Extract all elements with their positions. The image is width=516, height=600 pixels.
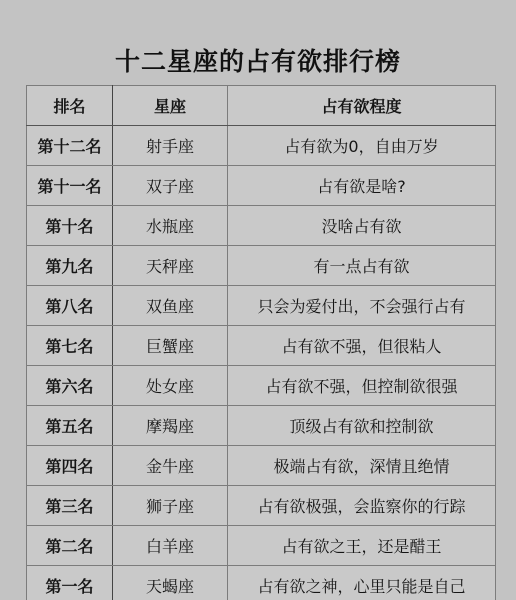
table-row: 第九名 天秤座 有一点占有欲: [27, 246, 496, 286]
cell-sign: 白羊座: [113, 526, 228, 566]
cell-rank: 第十一名: [27, 166, 113, 206]
cell-level: 占有欲之神，心里只能是自己: [228, 566, 496, 600]
table-row: 第五名 摩羯座 顶级占有欲和控制欲: [27, 406, 496, 446]
cell-rank: 第一名: [27, 566, 113, 600]
cell-rank: 第六名: [27, 366, 113, 406]
header-level: 占有欲程度: [228, 86, 496, 126]
cell-sign: 双鱼座: [113, 286, 228, 326]
cell-sign: 天蝎座: [113, 566, 228, 600]
cell-rank: 第十名: [27, 206, 113, 246]
cell-level: 占有欲为0，自由万岁: [228, 126, 496, 166]
header-sign: 星座: [113, 86, 228, 126]
cell-level: 没啥占有欲: [228, 206, 496, 246]
cell-level: 占有欲不强，但控制欲很强: [228, 366, 496, 406]
cell-sign: 双子座: [113, 166, 228, 206]
header-rank: 排名: [27, 86, 113, 126]
cell-level: 极端占有欲，深情且绝情: [228, 446, 496, 486]
cell-sign: 金牛座: [113, 446, 228, 486]
cell-rank: 第五名: [27, 406, 113, 446]
table-row: 第二名 白羊座 占有欲之王，还是醋王: [27, 526, 496, 566]
cell-level: 占有欲是啥?: [228, 166, 496, 206]
cell-rank: 第二名: [27, 526, 113, 566]
cell-level: 顶级占有欲和控制欲: [228, 406, 496, 446]
cell-sign: 处女座: [113, 366, 228, 406]
page-title: 十二星座的占有欲排行榜: [0, 42, 516, 78]
table-header-row: 排名 星座 占有欲程度: [27, 86, 496, 126]
table-row: 第十二名 射手座 占有欲为0，自由万岁: [27, 126, 496, 166]
table-row: 第六名 处女座 占有欲不强，但控制欲很强: [27, 366, 496, 406]
cell-sign: 狮子座: [113, 486, 228, 526]
cell-sign: 射手座: [113, 126, 228, 166]
cell-rank: 第八名: [27, 286, 113, 326]
cell-sign: 天秤座: [113, 246, 228, 286]
cell-level: 占有欲不强，但很粘人: [228, 326, 496, 366]
table-row: 第十一名 双子座 占有欲是啥?: [27, 166, 496, 206]
table-row: 第八名 双鱼座 只会为爱付出，不会强行占有: [27, 286, 496, 326]
table-row: 第七名 巨蟹座 占有欲不强，但很粘人: [27, 326, 496, 366]
cell-level: 占有欲极强，会监察你的行踪: [228, 486, 496, 526]
cell-level: 只会为爱付出，不会强行占有: [228, 286, 496, 326]
cell-sign: 水瓶座: [113, 206, 228, 246]
cell-level: 占有欲之王，还是醋王: [228, 526, 496, 566]
cell-level: 有一点占有欲: [228, 246, 496, 286]
cell-rank: 第十二名: [27, 126, 113, 166]
cell-rank: 第四名: [27, 446, 113, 486]
table-row: 第十名 水瓶座 没啥占有欲: [27, 206, 496, 246]
table-row: 第三名 狮子座 占有欲极强，会监察你的行踪: [27, 486, 496, 526]
cell-rank: 第七名: [27, 326, 113, 366]
table-row: 第一名 天蝎座 占有欲之神，心里只能是自己: [27, 566, 496, 600]
cell-rank: 第九名: [27, 246, 113, 286]
table-row: 第四名 金牛座 极端占有欲，深情且绝情: [27, 446, 496, 486]
cell-sign: 巨蟹座: [113, 326, 228, 366]
cell-rank: 第三名: [27, 486, 113, 526]
ranking-table: 排名 星座 占有欲程度 第十二名 射手座 占有欲为0，自由万岁 第十一名 双子座…: [26, 85, 496, 600]
cell-sign: 摩羯座: [113, 406, 228, 446]
